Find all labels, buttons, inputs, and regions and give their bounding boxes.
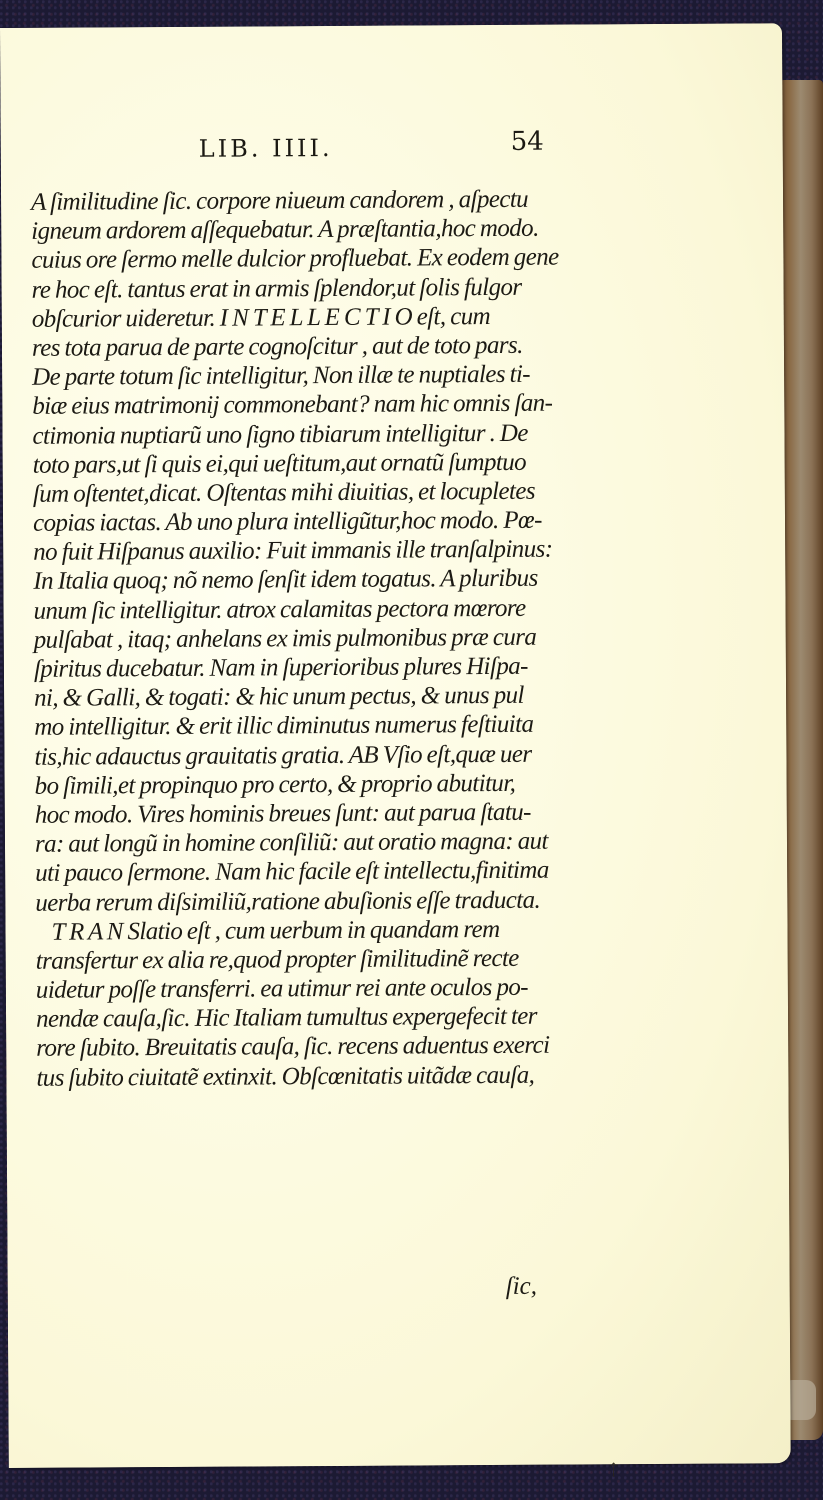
text-line: ni, & Galli, & togati: & hic unum pectus…: [34, 681, 594, 714]
book-page: LIB. IIII. 54 A ſimilitudine ſic. corpor…: [0, 23, 791, 1468]
text-line: obſcurior uideretur. I N T E L L E C T I…: [32, 301, 592, 334]
text-line-paragraph-start: T R A N Slatio eſt , cum uerbum in quand…: [35, 914, 595, 947]
running-head: LIB. IIII.: [199, 134, 333, 163]
text-line: pulſabat , itaq; anhelans ex imis pulmon…: [34, 622, 594, 655]
text-line: mo intelligitur. & erit illic diminutus …: [34, 710, 594, 743]
text-line: uidetur poſſe transferri. ea utimur rei …: [36, 972, 596, 1005]
text-line: toto pars,ut ſi quis ei,qui ueſtitum,aut…: [33, 447, 593, 480]
text-line: In Italia quoq; nõ nemo ſenſit idem toga…: [33, 564, 593, 597]
text-line: tus ſubito ciuitatẽ extinxit. Obſcœnitat…: [36, 1060, 596, 1093]
page-header: LIB. IIII. 54: [1, 131, 783, 176]
text-line: A ſimilitudine ſic. corpore niueum cando…: [31, 184, 591, 217]
text-line: hoc modo. Vires hominis breues ſunt: aut…: [35, 797, 595, 830]
text-line: ra: aut longũ in homine conſiliũ: aut or…: [35, 827, 595, 860]
text-line: ſpiritus ducebatur. Nam in ſuperioribus …: [34, 651, 594, 684]
text-line: rore ſubito. Breuitatis cauſa, ſic. rece…: [36, 1031, 596, 1064]
text-line: uerba rerum diſsimiliũ,ratione abuſionis…: [35, 885, 595, 918]
text-line: cuius ore ſermo melle dulcior profluebat…: [31, 243, 591, 276]
text-line: De parte totum ſic intelligitur, Non ill…: [32, 360, 592, 393]
text-line: nendæ cauſa,ſic. Hic Italiam tumultus ex…: [36, 1002, 596, 1035]
page-number: 54: [511, 127, 544, 157]
catchword: ſic,: [506, 1273, 537, 1301]
text-line: copias iactas. Ab uno plura intelligũtur…: [33, 505, 593, 538]
text-line: igneum ardorem aſſequebatur. A præſtanti…: [31, 214, 591, 247]
text-line: ſum oſtentet,dicat. Oſtentas mihi diuiti…: [33, 476, 593, 509]
text-line: uti pauco ſermone. Nam hic facile eſt in…: [35, 856, 595, 889]
text-line: tis,hic adauctus grauitatis gratia. AB V…: [34, 739, 594, 772]
text-line: unum ſic intelligitur. atrox calamitas p…: [33, 593, 593, 626]
signature-mark: ᛏ: [609, 1460, 619, 1479]
text-line: no fuit Hiſpanus auxilio: Fuit immanis i…: [33, 535, 593, 568]
body-text: A ſimilitudine ſic. corpore niueum cando…: [31, 184, 597, 1092]
text-line: re hoc eſt. tantus erat in armis ſplendo…: [32, 272, 592, 305]
text-line: transfertur ex alia re,quod propter ſimi…: [36, 943, 596, 976]
text-line: res tota parua de parte cognoſcitur , au…: [32, 330, 592, 363]
text-line: ctimonia nuptiarũ uno ſigno tibiarum int…: [32, 418, 592, 451]
text-line: biæ eius matrimonij commonebant? nam hic…: [32, 389, 592, 422]
text-line: bo ſimili,et propinquo pro certo, & prop…: [35, 768, 595, 801]
